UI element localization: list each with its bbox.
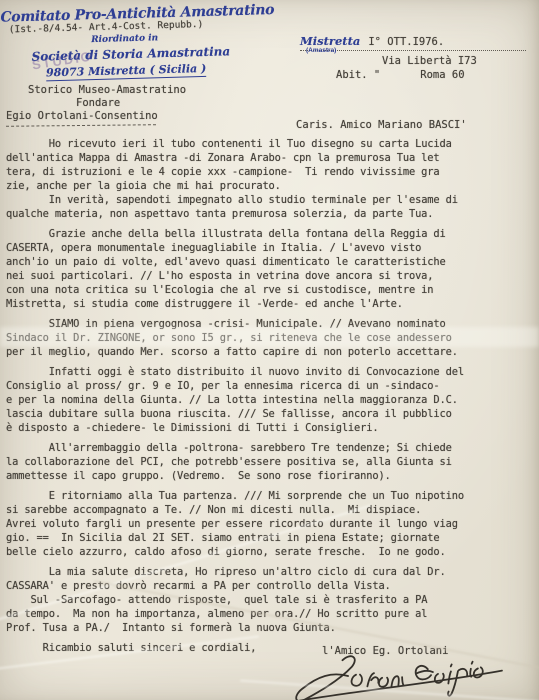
scanned-letter-page: Comitato Pro-Antichità Amastratino (Ist.… <box>0 0 539 700</box>
salutation: Caris. Amico Mariano BASCI' <box>296 119 467 131</box>
residence-label: Abit. " <box>336 69 380 81</box>
paragraph: All'arrembaggio della -poltrona- sarebbe… <box>6 441 538 483</box>
paragraph: La mia salute discreta, Ho ripreso un'al… <box>6 565 538 635</box>
date-block: MistrettaI° OTT.I976. (Amastra) Via Libe… <box>300 30 526 51</box>
paragraph: Infatti oggi è stato distribuito il nuov… <box>6 365 538 435</box>
sender-line: Egio Ortolani-Consentino <box>6 110 186 123</box>
paragraph: Ho ricevuto ieri il tubo contenenti il T… <box>6 137 538 221</box>
sender-line: Storico Museo-Amastratino <box>6 84 186 97</box>
paragraph: SIAMO in piena vergognosa -crisi- Munici… <box>6 317 538 359</box>
paragraph: Grazie anche della bella illustrata dell… <box>6 227 538 311</box>
place-name: Mistretta <box>300 34 360 48</box>
paragraph: E ritorniamo alla Tua partenza. /// Mi s… <box>6 489 538 559</box>
residence-city: Roma 60 <box>420 69 464 81</box>
handwritten-signature-scribble <box>285 644 527 700</box>
street-address: Via Libertà I73 <box>382 55 477 67</box>
sender-line: Fondare <box>6 97 186 110</box>
society-name: Società di Storia Amastratina <box>31 44 230 64</box>
reorganized-note: Riordinato in <box>91 33 158 45</box>
org-address: 98073 Mistretta ( Sicilia ) <box>46 62 207 81</box>
residence-line: Abit. "Roma 60 <box>336 69 465 81</box>
letter-body: Ho ricevuto ieri il tubo contenenti il T… <box>6 137 538 661</box>
sender-block: Storico Museo-Amastratino Fondare Egio O… <box>6 84 186 126</box>
place-subtitle: (Amastra) <box>306 47 336 54</box>
date-value: I° OTT.I976. <box>368 36 444 48</box>
